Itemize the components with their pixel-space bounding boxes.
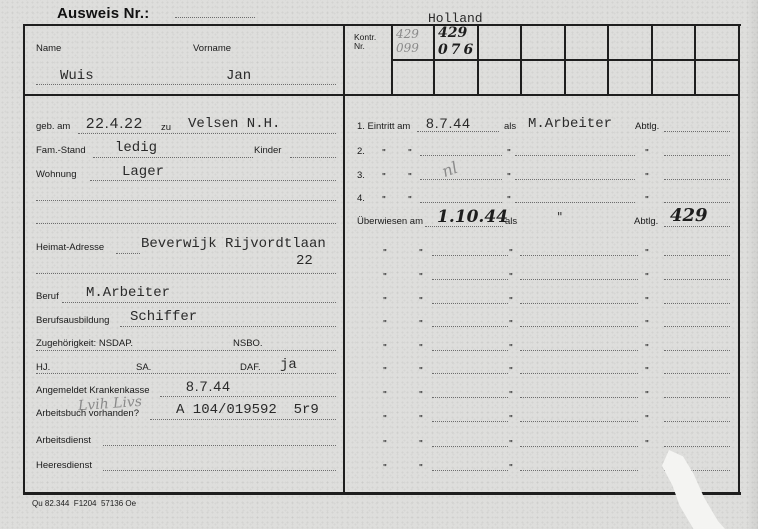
ditto-row-line [432,279,508,280]
eintritt-label: 1. Eintritt am [357,121,410,132]
row-4-line-c [664,202,730,203]
ditto-mark: " [383,272,386,281]
card-edge-shadow [746,0,758,529]
ditto-mark: " [645,343,648,352]
ditto-mark: " [419,390,422,399]
eintritt-date: 8.7.44 [426,115,471,131]
heeresdienst-line [103,470,336,471]
hj-line [36,373,336,374]
ditto-mark: " [419,366,422,375]
row-3-line-a [420,179,502,180]
heeresdienst-label: Heeresdienst [36,460,92,471]
ditto-row-line [520,255,638,256]
row-4-number: 4. [357,193,365,204]
zugehoerigkeit-line [36,350,336,351]
eintritt-date-line [417,131,499,132]
ditto-row-line [432,397,508,398]
ditto-row-line [520,421,638,422]
ditto-mark: " [408,148,411,157]
row-3-line-c [664,179,730,180]
row-3-pencil-note: nl [439,158,460,181]
krankenkasse-line [160,396,336,397]
ueberwiesen-als-label: als [505,216,517,227]
ditto-mark: " [645,319,648,328]
row-2-line-a [420,155,502,156]
ditto-mark: " [507,195,510,204]
kontr-label: Kontr. Nr. [354,33,376,51]
sa-label: SA. [136,362,151,373]
beruf-line [62,302,336,303]
ditto-mark: " [509,296,512,305]
row-3-line-b [515,179,635,180]
ditto-mark: " [645,414,648,423]
zu-label: zu [161,122,171,133]
heimat-line-2 [36,273,336,274]
row-2-line-b [515,155,635,156]
geb-am-label: geb. am [36,121,70,132]
eintritt-abtlg-line [664,131,730,132]
ueberwiesen-date: 1.10.44 [437,207,508,227]
ditto-mark: " [419,272,422,281]
ditto-mark: " [419,414,422,423]
ditto-row-line [664,255,730,256]
ditto-row-line [664,279,730,280]
ausbildung-value: Schiffer [130,309,197,325]
torn-corner [655,450,725,529]
ditto-row-line [664,397,730,398]
ditto-row-line [432,446,508,447]
ditto-row-line [664,303,730,304]
ditto-mark: " [408,195,411,204]
arbeitsbuch-value: A 104/019592 5r9 [176,402,319,418]
ditto-mark: " [509,319,512,328]
eintritt-als-label: als [504,121,516,132]
ditto-mark: " [383,343,386,352]
ditto-row-line [520,373,638,374]
vorname-label: Vorname [193,43,231,54]
ditto-mark: " [383,366,386,375]
row-3-number: 3. [357,170,365,181]
kontr-col [607,25,609,95]
name-line [36,84,336,85]
ditto-mark: " [419,296,422,305]
beruf-value: M.Arbeiter [86,285,170,301]
ditto-row-line [520,470,638,471]
ditto-mark: " [383,463,386,472]
ditto-mark: " [645,296,648,305]
krankenkasse-value: 8.7.44 [186,378,231,394]
ausweis-card: Ausweis Nr.: Holland Name Vorname Wuis J… [0,0,758,529]
wohnung-line-3 [36,223,336,224]
ditto-mark: " [382,172,385,181]
wohnung-line [90,180,336,181]
geb-am-value: 22.4.22 [86,115,143,132]
daf-label: DAF. [240,362,261,373]
ditto-row-line [520,397,638,398]
ditto-mark: " [645,439,648,448]
heimat-label: Heimat-Adresse [36,242,104,253]
ditto-mark: " [509,343,512,352]
ditto-row-line [664,446,730,447]
ueberwiesen-als-value: " [557,210,563,224]
frame-top [25,24,741,26]
ditto-mark: " [383,248,386,257]
ditto-mark: " [509,439,512,448]
arbeitsdienst-line [103,445,336,446]
ditto-mark: " [645,272,648,281]
row-4-line-b [515,202,635,203]
ditto-mark: " [645,390,648,399]
ditto-mark: " [509,414,512,423]
ditto-mark: " [383,414,386,423]
ditto-mark: " [382,148,385,157]
ausbildung-label: Berufsausbildung [36,315,109,326]
ditto-mark: " [645,248,648,257]
vorname-value: Jan [226,68,251,84]
ueberwiesen-abtlg-label: Abtlg. [634,216,658,227]
ditto-row-line [520,350,638,351]
header-divider [25,94,739,96]
kinder-label: Kinder [254,145,281,156]
ditto-row-line [664,421,730,422]
zugehoerigkeit-label: Zugehörigkeit: NSDAP. [36,338,133,349]
ditto-row-line [432,470,508,471]
ditto-mark: " [645,366,648,375]
ditto-row-line [432,373,508,374]
ditto-row-line [520,303,638,304]
ditto-mark: " [419,248,422,257]
ueberwiesen-line-c [664,226,730,227]
ditto-row-line [664,373,730,374]
ditto-mark: " [383,319,386,328]
name-label: Name [36,43,61,54]
ditto-mark: " [509,272,512,281]
ausweis-number-line [175,17,255,18]
kontr-col [391,25,393,95]
ditto-row-line [520,446,638,447]
ditto-row-line [520,279,638,280]
ditto-row-line [432,255,508,256]
ueberwiesen-label: Überwiesen am [357,216,423,227]
arbeitsdienst-label: Arbeitsdienst [36,435,91,446]
wohnung-value: Lager [122,164,164,180]
ditto-mark: " [509,366,512,375]
kontr-cell-1: 429 099 [396,27,419,55]
kontr-col [694,25,696,95]
beruf-label: Beruf [36,291,59,302]
ditto-mark: " [383,296,386,305]
ausweis-title: Ausweis Nr.: [57,5,149,22]
arbeitsbuch-line [150,419,336,420]
ditto-mark: " [383,390,386,399]
ditto-mark: " [419,319,422,328]
ditto-row-line [432,303,508,304]
ditto-mark: " [419,343,422,352]
ditto-mark: " [509,463,512,472]
ausbildung-line [120,326,336,327]
ditto-mark: " [645,172,648,181]
eintritt-als-value: M.Arbeiter [528,116,612,132]
ditto-row-line [520,326,638,327]
ueberwiesen-line-a [425,226,503,227]
ditto-mark: " [509,248,512,257]
daf-value: ja [280,357,297,373]
heimat-line [116,253,140,254]
famstand-line [93,157,253,158]
ditto-mark: " [419,439,422,448]
row-2-number: 2. [357,146,365,157]
ditto-mark: " [382,195,385,204]
ditto-mark: " [509,390,512,399]
ditto-row-line [432,421,508,422]
ditto-mark: " [507,148,510,157]
wohnung-label: Wohnung [36,169,77,180]
ditto-mark: " [645,148,648,157]
kontr-col [477,25,479,95]
heimat-value-line2: 22 [296,253,313,269]
print-code: Qu 82.344 F1204 57136 Oe [32,499,136,508]
kontr-col [520,25,522,95]
kontr-cell-2: 429 076 [438,25,476,59]
ditto-row-line [432,326,508,327]
heimat-value-line1: Beverwijk Rijvordtlaan [141,236,326,252]
kontr-col [564,25,566,95]
ditto-row-line [664,326,730,327]
zu-value: Velsen N.H. [188,116,280,132]
ditto-mark: " [408,172,411,181]
geb-line [78,133,336,134]
famstand-value: ledig [115,140,157,156]
ditto-mark: " [383,439,386,448]
name-value: Wuis [60,68,94,84]
nsbo-label: NSBO. [233,338,263,349]
ditto-mark: " [507,172,510,181]
kinder-line [290,157,336,158]
ditto-mark: " [419,463,422,472]
eintritt-abtlg-label: Abtlg. [635,121,659,132]
famstand-label: Fam.-Stand [36,145,86,156]
hj-label: HJ. [36,362,50,373]
kontr-col [433,25,435,95]
arbeitsbuch-label: Arbeitsbuch vorhanden? [36,408,139,419]
ditto-row-line [664,350,730,351]
ditto-mark: " [645,195,648,204]
row-4-line-a [420,202,502,203]
ditto-row-line [432,350,508,351]
frame-bottom [23,492,741,495]
row-2-line-c [664,155,730,156]
kontr-col [651,25,653,95]
wohnung-line-2 [36,200,336,201]
ueberwiesen-abtlg-value: 429 [670,205,708,226]
